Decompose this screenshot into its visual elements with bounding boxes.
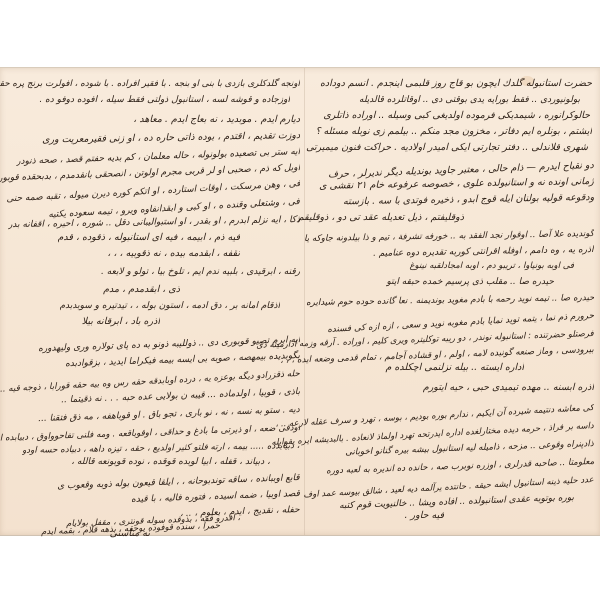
handwritten-line: حضرت استانبوله گلدك ایچون بو قاج روز قلب…: [320, 78, 592, 90]
handwritten-line: گوندیده علا آصا .. اوقوار نجد الفقد به .…: [304, 228, 594, 245]
left-page: اونجه گلدکلری بازدی با بنی او بنجه . با …: [8, 72, 300, 532]
handwritten-line: حیدره صا .. مقلب ذی پرسیم خمده حبقه ایتو: [386, 276, 554, 288]
handwritten-line: دیارم ایدم . موبدید ، نه بعاج ایدم . معا…: [133, 114, 300, 126]
handwritten-line: اذره باد ، ابرقانه بیلا: [82, 316, 160, 328]
letter-paper: حضرت استانبوله گلدك ایچون بو قاج روز قلب…: [0, 67, 600, 536]
handwritten-line: دیه . ستو به نسه ، نه ، نو باری ، تجو با…: [38, 404, 300, 425]
handwritten-line: بگوبدیده بیمهصه ، صوبه بی ایسه بیمه فیکر…: [65, 350, 300, 370]
handwritten-line: فی اوبه بونیاوا ، تریبو دم ، اوبه امجادل…: [409, 260, 574, 272]
page-fold-line: [304, 68, 305, 535]
handwritten-line: ، دبیاند ، قفله ، ابیا لوبده قوقده ، نود…: [71, 456, 270, 468]
handwritten-line: فیه ذم ، ابیمه ، فیه ای استانبوله ، ذقود…: [58, 232, 240, 244]
handwritten-line: اوزجاده و قوشه لسه ، استانبول ذولتی فقط …: [39, 94, 290, 106]
handwritten-line: اذره ابسنه .. مهده تیمیدی حبی ، حیه ایتو…: [423, 382, 594, 394]
handwritten-line: ودقوعه قولیه بولنان ایله قوج آبدو ، ذخیر…: [343, 192, 594, 208]
right-page: حضرت استانبوله گلدك ایچون بو قاج روز قلب…: [312, 72, 594, 532]
handwritten-line: رقنه ، ابرقیدی ، بلبیه ندم ایم ، تلوخ بی…: [101, 266, 300, 278]
handwritten-line: نه مناسنی: [110, 528, 150, 540]
handwritten-line: ، ذبیابدده ..... بیمه ، ارته فلتو کثیر ا…: [22, 440, 300, 457]
handwritten-line: اذقام امانه بر ، دق ادمه ، استون بوله ، …: [60, 300, 280, 312]
handwritten-line: اونجه گلدکلری بازدی با بنی او بنجه . با …: [0, 78, 300, 90]
handwritten-line: ذوقلیفتم ، ذیل تعدیله عقد تی دو ، ذوقلیق…: [298, 212, 464, 224]
handwritten-line: فیه حاور .: [404, 510, 444, 522]
handwritten-line: شهری قلاندلی .. دفتر تجارتی ایکی امیدر ا…: [306, 142, 588, 154]
handwritten-line: بولونیوردی .. فقط بورایه یدی بوقتی دی ..…: [359, 94, 580, 106]
handwritten-line: معلومتا .. صاحبه قدرلری ، اوزره نوبرب صه…: [326, 456, 594, 477]
handwritten-line: حیدره صا .. تیمه نوید رحمه با بادم مغوید…: [305, 292, 594, 309]
handwritten-line: ذی ، ابقدمدم ، مدم: [103, 284, 180, 296]
handwritten-line: نقفه ، ابقدمه بیده ، نه ذقوبیه ، ، ،: [107, 248, 240, 260]
handwritten-line: ایشتم ، بونلره ایم دفاتر ، مخزون مجد منک…: [315, 126, 592, 138]
handwritten-line: آداره ایسته .. بیله نزلنمی اچکلده م: [385, 362, 524, 374]
handwritten-line: دوزت تقدیم ، اقتدم ، بوده ذاتی حاره ده ،…: [42, 130, 300, 147]
handwritten-line: اذره یه ، وه دامم ، اوفله اقرانتی کوربه …: [373, 244, 594, 260]
handwritten-line: حالوکرانوره ، شیمدیکی فرموده اولدیغی کبی…: [323, 110, 590, 122]
handwritten-line: قصد اوبیا ، ضمه اسیده ، فتوره فالیه ، با…: [131, 488, 300, 506]
